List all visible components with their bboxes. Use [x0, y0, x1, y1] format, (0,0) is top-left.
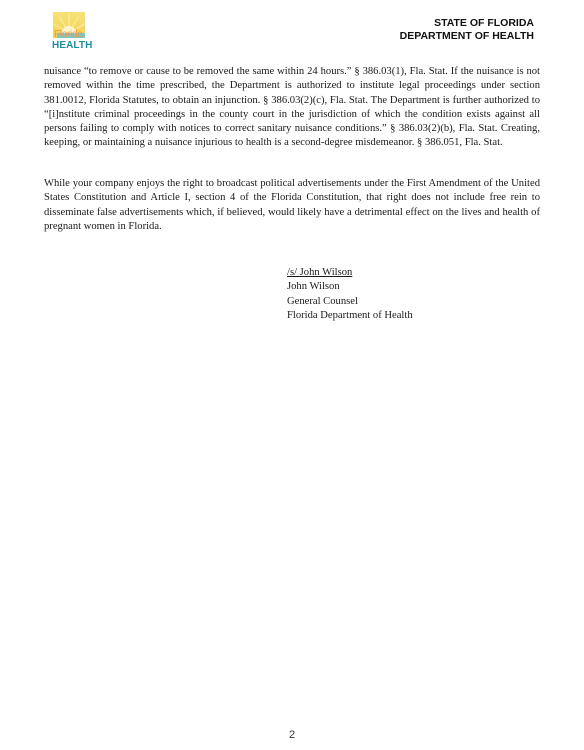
- signatory-name: John Wilson: [287, 280, 413, 294]
- page-number: 2: [0, 729, 584, 741]
- signatory-organization: Florida Department of Health: [287, 309, 413, 323]
- paragraph-first-amendment: While your company enjoys the right to b…: [44, 177, 540, 234]
- logo-florida-text: Florida: [54, 29, 82, 40]
- florida-health-logo: Florida HEALTH: [49, 12, 89, 52]
- letterhead: STATE OF FLORIDA DEPARTMENT OF HEALTH: [400, 17, 534, 43]
- letterhead-department: DEPARTMENT OF HEALTH: [400, 30, 534, 43]
- signature-block: /s/ John Wilson John Wilson General Coun…: [287, 266, 413, 323]
- paragraph-nuisance-statutes: nuisance “to remove or cause to be remov…: [44, 65, 540, 151]
- letterhead-state: STATE OF FLORIDA: [400, 17, 534, 30]
- signature-line: /s/ John Wilson: [287, 266, 413, 280]
- signatory-title: General Counsel: [287, 295, 413, 309]
- logo-health-text: HEALTH: [52, 40, 92, 51]
